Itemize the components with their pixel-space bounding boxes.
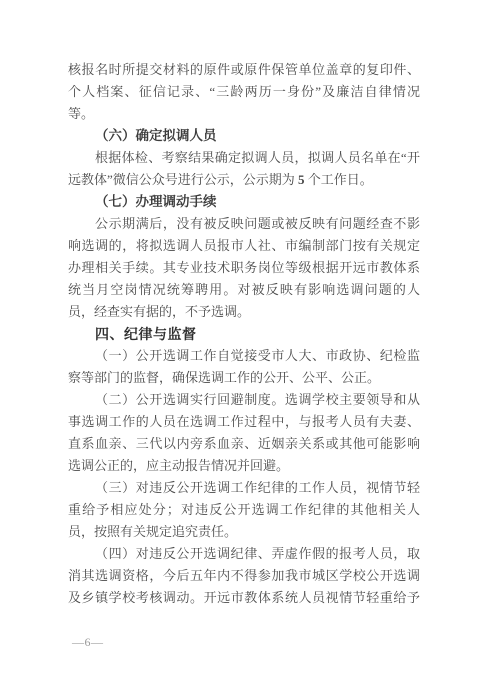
text-line: 个人档案、征信记录、“三龄两历一身份”及廉洁自律情况 bbox=[68, 81, 420, 103]
text-line: 员，按照有关规定追究责任。 bbox=[68, 521, 420, 543]
text-line: 察等部门的监督，确保选调工作的公开、公平、公正。 bbox=[68, 367, 420, 389]
text-line: 消其选调资格，今后五年内不得参加我市城区学校公开选调 bbox=[68, 565, 420, 587]
text-line: 事选调工作的人员在选调工作过程中，与报考人员有夫妻、 bbox=[68, 411, 420, 433]
page-number: —6— bbox=[72, 635, 104, 649]
text-line: 核报名时所提交材料的原件或原件保管单位盖章的复印件、 bbox=[68, 59, 420, 81]
text-line: 及乡镇学校考核调动。开远市教体系统人员视情节轻重给予 bbox=[68, 587, 420, 609]
document-page: 核报名时所提交材料的原件或原件保管单位盖章的复印件、 个人档案、征信记录、“三龄… bbox=[0, 0, 484, 685]
text-line: （三）对违反公开选调工作纪律的工作人员，视情节轻 bbox=[68, 477, 420, 499]
text-line: （一）公开选调工作自觉接受市人大、市政协、纪检监 bbox=[68, 345, 420, 367]
text-block: 核报名时所提交材料的原件或原件保管单位盖章的复印件、 个人档案、征信记录、“三龄… bbox=[68, 59, 420, 609]
section-heading-7: （七）办理调动手续 bbox=[68, 191, 420, 213]
text-line: 远教体”微信公众号进行公示，公示期为 5 个工作日。 bbox=[68, 169, 420, 191]
chapter-heading-4: 四、纪律与监督 bbox=[68, 323, 420, 345]
text-line: 根据体检、考察结果确定拟调人员，拟调人员名单在“开 bbox=[68, 147, 420, 169]
text-line: 办理相关手续。其专业技术职务岗位等级根据开远市教体系 bbox=[68, 257, 420, 279]
text-line: 响选调的，将拟选调人员报市人社、市编制部门按有关规定 bbox=[68, 235, 420, 257]
text-line: 选调公正的，应主动报告情况并回避。 bbox=[68, 455, 420, 477]
text-line: 统当月空岗情况统筹聘用。对被反映有影响选调问题的人 bbox=[68, 279, 420, 301]
text-line: 等。 bbox=[68, 103, 420, 125]
text-line: （二）公开选调实行回避制度。选调学校主要领导和从 bbox=[68, 389, 420, 411]
section-heading-6: （六）确定拟调人员 bbox=[68, 125, 420, 147]
text-segment: 远教体”微信公众号进行公示，公示期为 bbox=[68, 172, 298, 187]
text-line: 员，经查实有据的，不予选调。 bbox=[68, 301, 420, 323]
text-segment: 个工作日。 bbox=[305, 172, 373, 187]
text-line: 公示期满后，没有被反映问题或被反映有问题经查不影 bbox=[68, 213, 420, 235]
text-line: （四）对违反公开选调纪律、弄虚作假的报考人员，取 bbox=[68, 543, 420, 565]
text-line: 重给予相应处分；对违反公开选调工作纪律的其他相关人 bbox=[68, 499, 420, 521]
text-line: 直系血亲、三代以内旁系血亲、近姻亲关系或其他可能影响 bbox=[68, 433, 420, 455]
